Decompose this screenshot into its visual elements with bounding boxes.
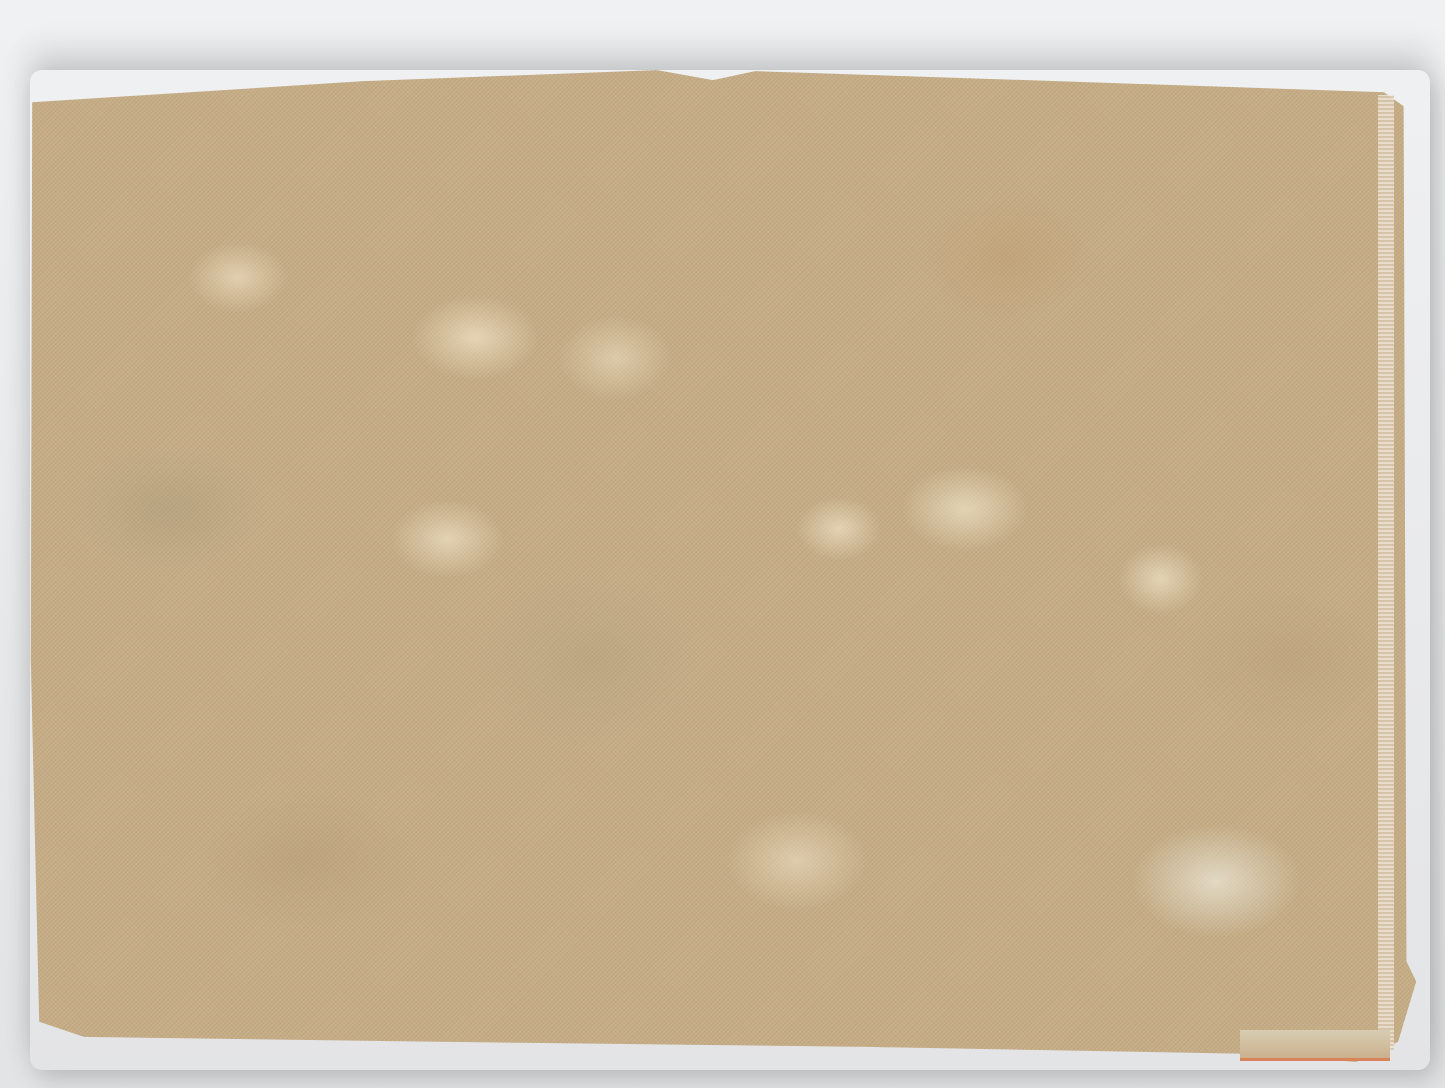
serged-edge-seam	[1378, 95, 1394, 1050]
folded-corner	[1240, 1030, 1390, 1061]
dyed-fabric	[28, 56, 1426, 1062]
